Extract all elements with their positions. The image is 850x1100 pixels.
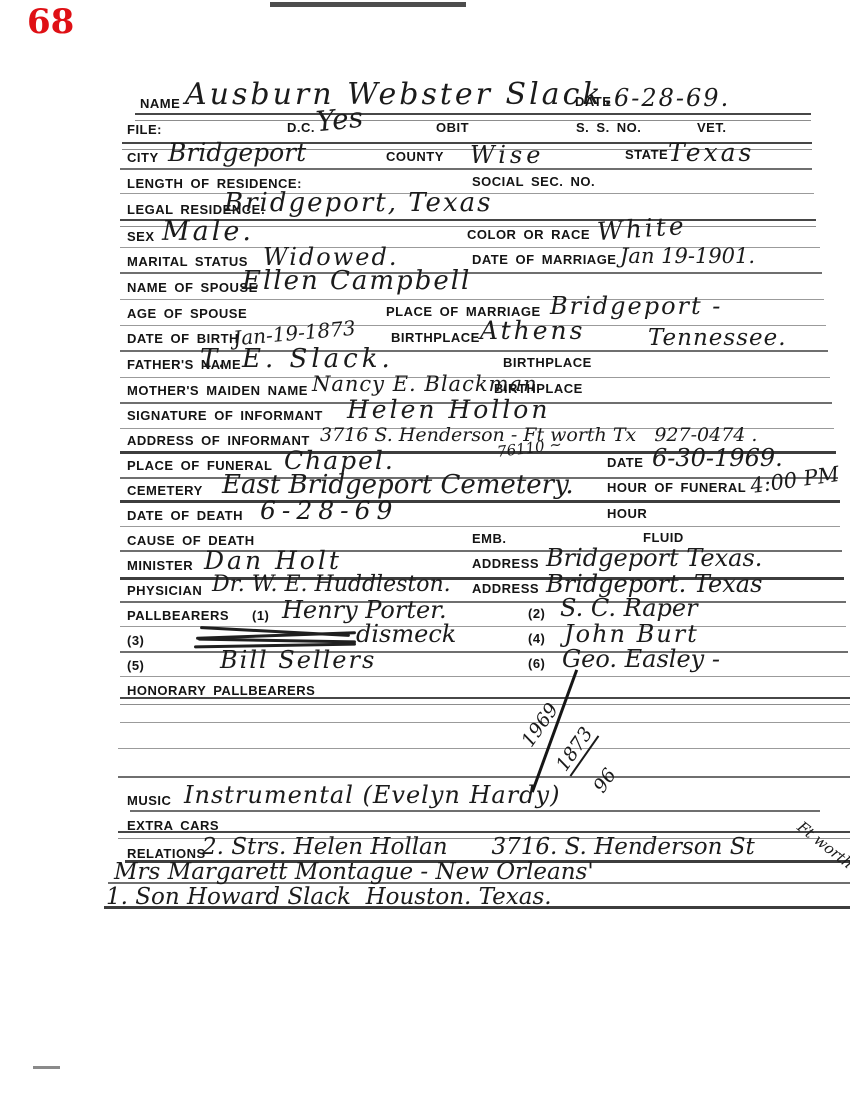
field-label-hour: HOUR [607, 506, 647, 521]
form-rule [120, 601, 846, 603]
field-value-date-of-marriage: Jan 19-1901. [620, 246, 755, 267]
relations-line-3: 1. Son Howard Slack Houston. Texas. [106, 886, 552, 909]
field-value-signature-of-informant: Helen Hollon [347, 397, 550, 422]
field-label-address-of-informant: ADDRESS OF INFORMANT [127, 433, 310, 448]
pallbearer-5: Bill Sellers [220, 648, 376, 672]
pallbearer-marker-4: (4) [528, 631, 545, 646]
page-number: 68 [27, 2, 74, 42]
field-value-cemetery: East Bridgeport Cemetery. [222, 472, 574, 498]
field-value-fathers-name: T. E. Slack. [200, 346, 394, 372]
field-value-name-of-spouse: Ellen Campbell [242, 268, 471, 294]
pallbearer-3: dismeck [356, 622, 456, 646]
scanned-funeral-record-page: 68 NAME Ausburn Webster Slack. DATE 6-28… [0, 0, 850, 1100]
field-label-extra-cars: EXTRA CARS [127, 818, 219, 833]
field-value-sex: Male. [162, 218, 254, 245]
field-label-birthplace: BIRTHPLACE [391, 330, 480, 345]
field-label-ss-no: S. S. NO. [576, 120, 641, 135]
pallbearer-4: John Burt [564, 622, 699, 646]
field-label-pallbearers: PALLBEARERS [127, 608, 229, 623]
field-value-record-date: 6-28-69. [614, 86, 730, 110]
form-rule [130, 810, 820, 812]
form-rule [120, 676, 850, 677]
field-label-record-date: DATE [575, 94, 611, 109]
field-label-music: MUSIC [127, 793, 171, 808]
form-rule [118, 748, 850, 749]
field-value-name: Ausburn Webster Slack. [185, 80, 616, 110]
field-label-name: NAME [140, 96, 180, 111]
relations-line-1: 2. Strs. Helen Hollan 3716. S. Henderson… [202, 836, 755, 859]
field-label-social-sec-no: SOCIAL SEC. NO. [472, 174, 595, 189]
pallbearer-marker-6: (6) [528, 656, 545, 671]
form-rule [120, 697, 850, 705]
field-value-date-of-death: 6-28-69 [260, 498, 398, 523]
form-rule [120, 722, 850, 723]
field-label-obit: OBIT [436, 120, 469, 135]
field-label-fathers-birthplace: BIRTHPLACE [503, 355, 592, 370]
field-label-minister-address: ADDRESS [472, 556, 539, 571]
age-calc-result: 96 [590, 749, 633, 797]
field-label-date-of-death: DATE OF DEATH [127, 508, 243, 523]
pallbearer-marker-2: (2) [528, 606, 545, 621]
field-label-fluid: FLUID [643, 530, 684, 545]
field-value-birthplace-city: Athens [480, 318, 586, 343]
pallbearer-2: S. C. Raper [560, 596, 698, 620]
field-label-marital-status: MARITAL STATUS [127, 254, 248, 269]
field-value-color-or-race: White [596, 213, 687, 244]
field-value-funeral-date: 6-30-1969. [652, 446, 783, 470]
field-label-state: STATE [625, 147, 668, 162]
relations-line-1-tail: Ft worth [794, 819, 850, 871]
age-calculation-note: 1969 1873 96 [487, 688, 667, 844]
field-label-cemetery: CEMETERY [127, 483, 203, 498]
field-label-city: CITY [127, 150, 159, 165]
relations-line-2: Mrs Margarett Montague - New Orleans' [114, 861, 594, 884]
field-label-file: FILE: [127, 122, 162, 137]
field-value-physician-address: Bridgeport. Texas [546, 572, 762, 596]
field-label-mothers-maiden-name: MOTHER'S MAIDEN NAME [127, 383, 308, 398]
scan-artifact-bottom-dash [33, 1066, 60, 1069]
field-value-physician: Dr. W. E. Huddleston. [212, 574, 451, 596]
field-label-sex: SEX [127, 229, 155, 244]
field-label-dc: D.C. [287, 120, 315, 135]
field-label-age-of-spouse: AGE OF SPOUSE [127, 306, 247, 321]
age-calc-subtrahend: 1873 [552, 724, 598, 777]
form-rule [120, 500, 840, 503]
field-value-minister: Dan Holt [204, 548, 342, 573]
field-label-signature-of-informant: SIGNATURE OF INFORMANT [127, 408, 323, 423]
field-value-birthplace-state: Tennessee. [648, 327, 787, 350]
field-label-physician: PHYSICIAN [127, 583, 202, 598]
field-value-legal-residence: Bridgeport, Texas [224, 190, 492, 216]
pallbearer-marker-3: (3) [127, 633, 144, 648]
field-label-hour-of-funeral: HOUR OF FUNERAL [607, 480, 746, 495]
field-label-minister: MINISTER [127, 558, 193, 573]
pallbearer-marker-5: (5) [127, 658, 144, 673]
field-label-vet: VET. [697, 120, 726, 135]
field-label-county: COUNTY [386, 149, 444, 164]
pallbearer-6: Geo. Easley - [562, 647, 720, 671]
field-label-date-of-marriage: DATE OF MARRIAGE [472, 252, 616, 267]
field-value-dc: Yes [315, 104, 365, 137]
field-label-funeral-date: DATE [607, 455, 643, 470]
scan-artifact-top-bar [270, 2, 466, 7]
field-value-state: Texas [668, 140, 754, 165]
field-value-county: Wise [470, 143, 544, 167]
field-value-place-of-marriage: Bridgeport - [550, 294, 722, 318]
field-label-honorary-pallbearers: HONORARY PALLBEARERS [127, 683, 315, 698]
field-label-mothers-birthplace: BIRTHPLACE [494, 381, 583, 396]
field-label-color-or-race: COLOR OR RACE [467, 227, 590, 242]
field-label-physician-address: ADDRESS [472, 581, 539, 596]
form-rule [120, 168, 812, 170]
field-value-minister-address: Bridgeport Texas. [546, 546, 762, 570]
form-rule [118, 776, 850, 778]
pallbearer-1: Henry Porter. [282, 598, 447, 622]
field-label-name-of-spouse: NAME OF SPOUSE [127, 280, 258, 295]
field-value-city: Bridgeport [168, 140, 306, 165]
field-label-emb: EMB. [472, 531, 507, 546]
field-value-music: Instrumental (Evelyn Hardy) [184, 783, 560, 807]
pallbearer-marker-1: (1) [252, 608, 269, 623]
form-rule [120, 526, 840, 527]
